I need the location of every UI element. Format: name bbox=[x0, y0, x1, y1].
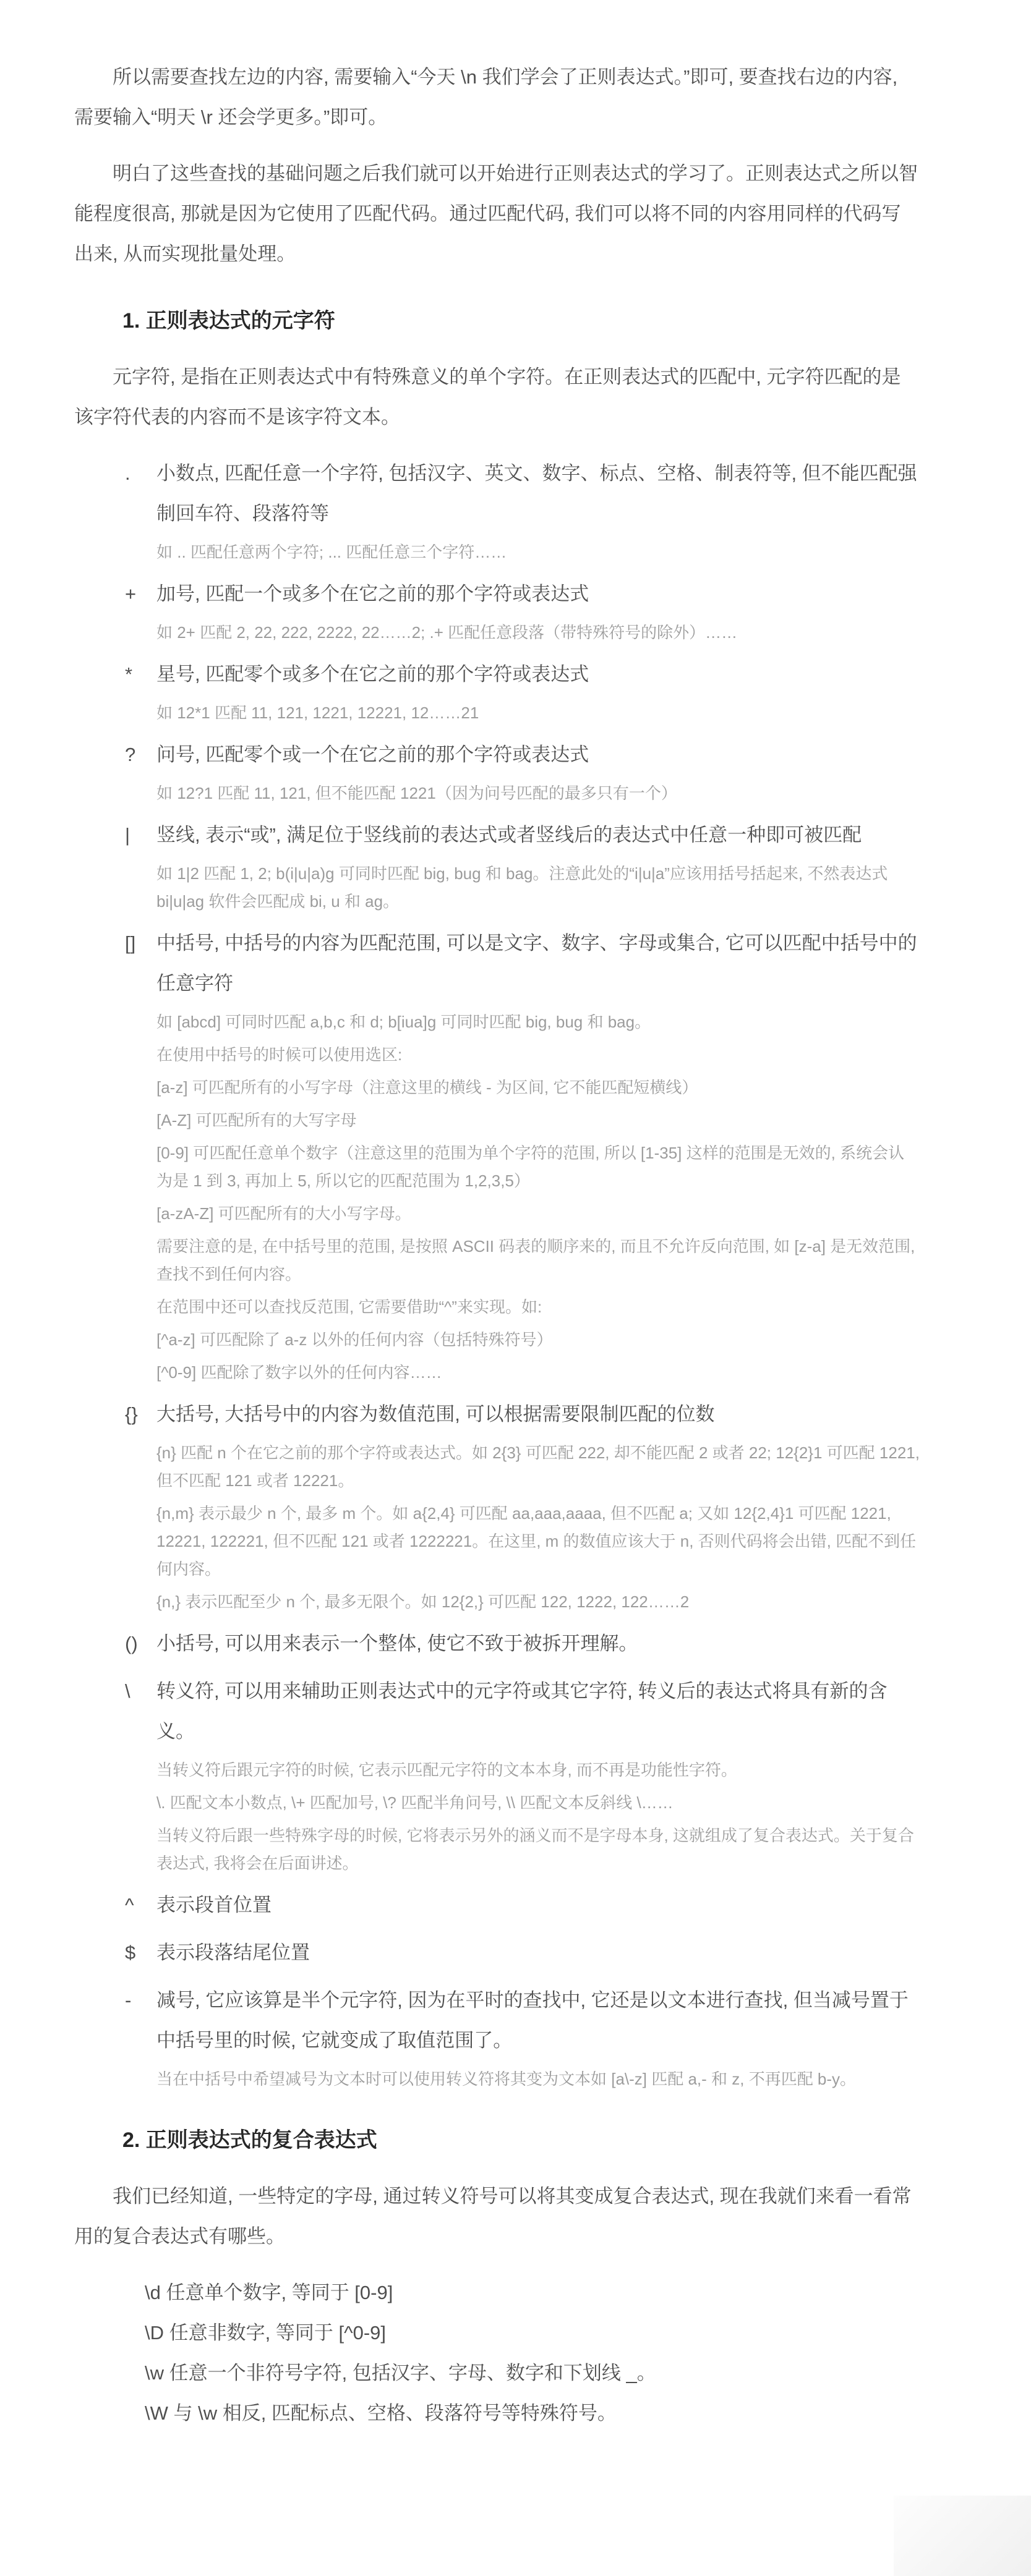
item-notes: 当在中括号中希望减号为文本时可以使用转义符将其变为文本如 [a\-z] 匹配 a… bbox=[156, 2065, 920, 2093]
item-note: [a-z] 可匹配所有的小写字母（注意这里的横线 - 为区间, 它不能匹配短横线… bbox=[156, 1074, 920, 1102]
item-note: \. 匹配文本小数点, \+ 匹配加号, \? 匹配半角问号, \\ 匹配文本反… bbox=[156, 1789, 920, 1817]
metachar-item: + 加号, 匹配一个或多个在它之前的那个字符或表达式 如 2+ 匹配 2, 22… bbox=[125, 574, 920, 647]
intro-paragraph: 所以需要查找左边的内容, 需要输入“今天 \n 我们学会了正则表达式。”即可, … bbox=[74, 57, 920, 137]
item-notes: 如 12*1 匹配 11, 121, 1221, 12221, 12……21 bbox=[156, 699, 920, 727]
item-marker: ? bbox=[125, 734, 156, 775]
item-text: 大括号, 大括号中的内容为数值范围, 可以根据需要限制匹配的位数 bbox=[156, 1394, 920, 1434]
item-marker: | bbox=[125, 815, 156, 855]
section1-heading: 1. 正则表达式的元字符 bbox=[122, 299, 920, 343]
metachar-item: * 星号, 匹配零个或多个在它之前的那个字符或表达式 如 12*1 匹配 11,… bbox=[125, 654, 920, 727]
item-body: 小括号, 可以用来表示一个整体, 使它不致于被拆开理解。 bbox=[156, 1623, 920, 1664]
metachar-item: - 减号, 它应该算是半个元字符, 因为在平时的查找中, 它还是以文本进行查找,… bbox=[125, 1980, 920, 2093]
item-body: 表示段首位置 bbox=[156, 1885, 920, 1925]
item-marker: . bbox=[125, 453, 156, 493]
item-notes: 如 [abcd] 可同时匹配 a,b,c 和 d; b[iua]g 可同时匹配 … bbox=[156, 1008, 920, 1387]
item-note: 如 1|2 匹配 1, 2; b(i|u|a)g 可同时匹配 big, bug … bbox=[156, 860, 920, 916]
item-body: 大括号, 大括号中的内容为数值范围, 可以根据需要限制匹配的位数 {n} 匹配 … bbox=[156, 1394, 920, 1616]
item-text: 小括号, 可以用来表示一个整体, 使它不致于被拆开理解。 bbox=[156, 1623, 920, 1664]
item-body: 小数点, 匹配任意一个字符, 包括汉字、英文、数字、标点、空格、制表符等, 但不… bbox=[156, 453, 920, 566]
composite-expression-line: \D 任意非数字, 等同于 [^0-9] bbox=[145, 2313, 920, 2353]
metachar-item: () 小括号, 可以用来表示一个整体, 使它不致于被拆开理解。 bbox=[125, 1623, 920, 1664]
intro-paragraph: 明白了这些查找的基础问题之后我们就可以开始进行正则表达式的学习了。正则表达式之所… bbox=[74, 153, 920, 274]
item-text: 加号, 匹配一个或多个在它之前的那个字符或表达式 bbox=[156, 574, 920, 614]
item-note: 在使用中括号的时候可以使用选区: bbox=[156, 1041, 920, 1069]
corner-shade bbox=[894, 2496, 1031, 2576]
metachar-list: . 小数点, 匹配任意一个字符, 包括汉字、英文、数字、标点、空格、制表符等, … bbox=[74, 453, 920, 2093]
item-text: 星号, 匹配零个或多个在它之前的那个字符或表达式 bbox=[156, 654, 920, 694]
item-marker: () bbox=[125, 1623, 156, 1664]
item-text: 减号, 它应该算是半个元字符, 因为在平时的查找中, 它还是以文本进行查找, 但… bbox=[156, 1980, 920, 2060]
item-text: 小数点, 匹配任意一个字符, 包括汉字、英文、数字、标点、空格、制表符等, 但不… bbox=[156, 453, 920, 533]
metachar-item: $ 表示段落结尾位置 bbox=[125, 1932, 920, 1973]
composite-expression-list: \d 任意单个数字, 等同于 [0-9] \D 任意非数字, 等同于 [^0-9… bbox=[145, 2272, 920, 2433]
metachar-item: ^ 表示段首位置 bbox=[125, 1885, 920, 1925]
item-note: 如 12*1 匹配 11, 121, 1221, 12221, 12……21 bbox=[156, 699, 920, 727]
item-note: 如 12?1 匹配 11, 121, 但不能匹配 1221（因为问号匹配的最多只… bbox=[156, 780, 920, 807]
item-note: {n} 匹配 n 个在它之前的那个字符或表达式。如 2{3} 可匹配 222, … bbox=[156, 1439, 920, 1495]
metachar-item: | 竖线, 表示“或”, 满足位于竖线前的表达式或者竖线后的表达式中任意一种即可… bbox=[125, 815, 920, 916]
item-body: 星号, 匹配零个或多个在它之前的那个字符或表达式 如 12*1 匹配 11, 1… bbox=[156, 654, 920, 727]
item-body: 表示段落结尾位置 bbox=[156, 1932, 920, 1973]
item-marker: - bbox=[125, 1980, 156, 2020]
section2-intro: 我们已经知道, 一些特定的字母, 通过转义符号可以将其变成复合表达式, 现在我就… bbox=[74, 2176, 920, 2256]
item-body: 问号, 匹配零个或一个在它之前的那个字符或表达式 如 12?1 匹配 11, 1… bbox=[156, 734, 920, 807]
item-marker: [] bbox=[125, 923, 156, 963]
item-body: 加号, 匹配一个或多个在它之前的那个字符或表达式 如 2+ 匹配 2, 22, … bbox=[156, 574, 920, 647]
section1-intro: 元字符, 是指在正则表达式中有特殊意义的单个字符。在正则表达式的匹配中, 元字符… bbox=[74, 357, 920, 437]
item-marker: ^ bbox=[125, 1885, 156, 1925]
item-notes: 如 2+ 匹配 2, 22, 222, 2222, 22……2; .+ 匹配任意… bbox=[156, 619, 920, 647]
metachar-item: {} 大括号, 大括号中的内容为数值范围, 可以根据需要限制匹配的位数 {n} … bbox=[125, 1394, 920, 1616]
item-text: 表示段首位置 bbox=[156, 1885, 920, 1925]
item-note: 在范围中还可以查找反范围, 它需要借助“^”来实现。如: bbox=[156, 1293, 920, 1321]
item-notes: 如 .. 匹配任意两个字符; ... 匹配任意三个字符…… bbox=[156, 538, 920, 566]
item-note: [A-Z] 可匹配所有的大写字母 bbox=[156, 1107, 920, 1134]
item-body: 减号, 它应该算是半个元字符, 因为在平时的查找中, 它还是以文本进行查找, 但… bbox=[156, 1980, 920, 2093]
item-note: 当在中括号中希望减号为文本时可以使用转义符将其变为文本如 [a\-z] 匹配 a… bbox=[156, 2065, 920, 2093]
item-note: [a-zA-Z] 可匹配所有的大小写字母。 bbox=[156, 1200, 920, 1228]
metachar-item: \ 转义符, 可以用来辅助正则表达式中的元字符或其它字符, 转义后的表达式将具有… bbox=[125, 1671, 920, 1877]
item-note: 如 .. 匹配任意两个字符; ... 匹配任意三个字符…… bbox=[156, 538, 920, 566]
metachar-item: ? 问号, 匹配零个或一个在它之前的那个字符或表达式 如 12?1 匹配 11,… bbox=[125, 734, 920, 807]
section2-heading: 2. 正则表达式的复合表达式 bbox=[122, 2118, 920, 2162]
item-body: 竖线, 表示“或”, 满足位于竖线前的表达式或者竖线后的表达式中任意一种即可被匹… bbox=[156, 815, 920, 916]
composite-expression-line: \d 任意单个数字, 等同于 [0-9] bbox=[145, 2272, 920, 2313]
item-text: 表示段落结尾位置 bbox=[156, 1932, 920, 1973]
item-notes: 当转义符后跟元字符的时候, 它表示匹配元字符的文本本身, 而不再是功能性字符。 … bbox=[156, 1756, 920, 1877]
item-note: {n,m} 表示最少 n 个, 最多 m 个。如 a{2,4} 可匹配 aa,a… bbox=[156, 1500, 920, 1583]
item-marker: {} bbox=[125, 1394, 156, 1434]
item-marker: * bbox=[125, 654, 156, 694]
item-note: {n,} 表示匹配至少 n 个, 最多无限个。如 12{2,} 可匹配 122,… bbox=[156, 1588, 920, 1616]
item-text: 中括号, 中括号的内容为匹配范围, 可以是文字、数字、字母或集合, 它可以匹配中… bbox=[156, 923, 920, 1003]
metachar-item: [] 中括号, 中括号的内容为匹配范围, 可以是文字、数字、字母或集合, 它可以… bbox=[125, 923, 920, 1387]
composite-expression-line: \W 与 \w 相反, 匹配标点、空格、段落符号等特殊符号。 bbox=[145, 2393, 920, 2433]
metachar-item: . 小数点, 匹配任意一个字符, 包括汉字、英文、数字、标点、空格、制表符等, … bbox=[125, 453, 920, 566]
item-note: 如 2+ 匹配 2, 22, 222, 2222, 22……2; .+ 匹配任意… bbox=[156, 619, 920, 647]
item-text: 问号, 匹配零个或一个在它之前的那个字符或表达式 bbox=[156, 734, 920, 775]
item-notes: 如 1|2 匹配 1, 2; b(i|u|a)g 可同时匹配 big, bug … bbox=[156, 860, 920, 916]
item-note: 如 [abcd] 可同时匹配 a,b,c 和 d; b[iua]g 可同时匹配 … bbox=[156, 1008, 920, 1036]
item-note: [0-9] 可匹配任意单个数字（注意这里的范围为单个字符的范围, 所以 [1-3… bbox=[156, 1139, 920, 1195]
item-marker: $ bbox=[125, 1932, 156, 1973]
item-note: [^a-z] 可匹配除了 a-z 以外的任何内容（包括特殊符号） bbox=[156, 1326, 920, 1354]
item-marker: \ bbox=[125, 1671, 156, 1711]
item-note: 需要注意的是, 在中括号里的范围, 是按照 ASCII 码表的顺序来的, 而且不… bbox=[156, 1233, 920, 1288]
item-body: 转义符, 可以用来辅助正则表达式中的元字符或其它字符, 转义后的表达式将具有新的… bbox=[156, 1671, 920, 1877]
document-page: 所以需要查找左边的内容, 需要输入“今天 \n 我们学会了正则表达式。”即可, … bbox=[0, 0, 1031, 2576]
item-text: 竖线, 表示“或”, 满足位于竖线前的表达式或者竖线后的表达式中任意一种即可被匹… bbox=[156, 815, 920, 855]
item-notes: 如 12?1 匹配 11, 121, 但不能匹配 1221（因为问号匹配的最多只… bbox=[156, 780, 920, 807]
item-text: 转义符, 可以用来辅助正则表达式中的元字符或其它字符, 转义后的表达式将具有新的… bbox=[156, 1671, 920, 1751]
item-note: 当转义符后跟元字符的时候, 它表示匹配元字符的文本本身, 而不再是功能性字符。 bbox=[156, 1756, 920, 1784]
composite-expression-line: \w 任意一个非符号字符, 包括汉字、字母、数字和下划线 _。 bbox=[145, 2353, 920, 2393]
item-marker: + bbox=[125, 574, 156, 614]
item-note: 当转义符后跟一些特殊字母的时候, 它将表示另外的涵义而不是字母本身, 这就组成了… bbox=[156, 1822, 920, 1877]
item-body: 中括号, 中括号的内容为匹配范围, 可以是文字、数字、字母或集合, 它可以匹配中… bbox=[156, 923, 920, 1387]
item-notes: {n} 匹配 n 个在它之前的那个字符或表达式。如 2{3} 可匹配 222, … bbox=[156, 1439, 920, 1616]
item-note: [^0-9] 匹配除了数字以外的任何内容…… bbox=[156, 1359, 920, 1387]
